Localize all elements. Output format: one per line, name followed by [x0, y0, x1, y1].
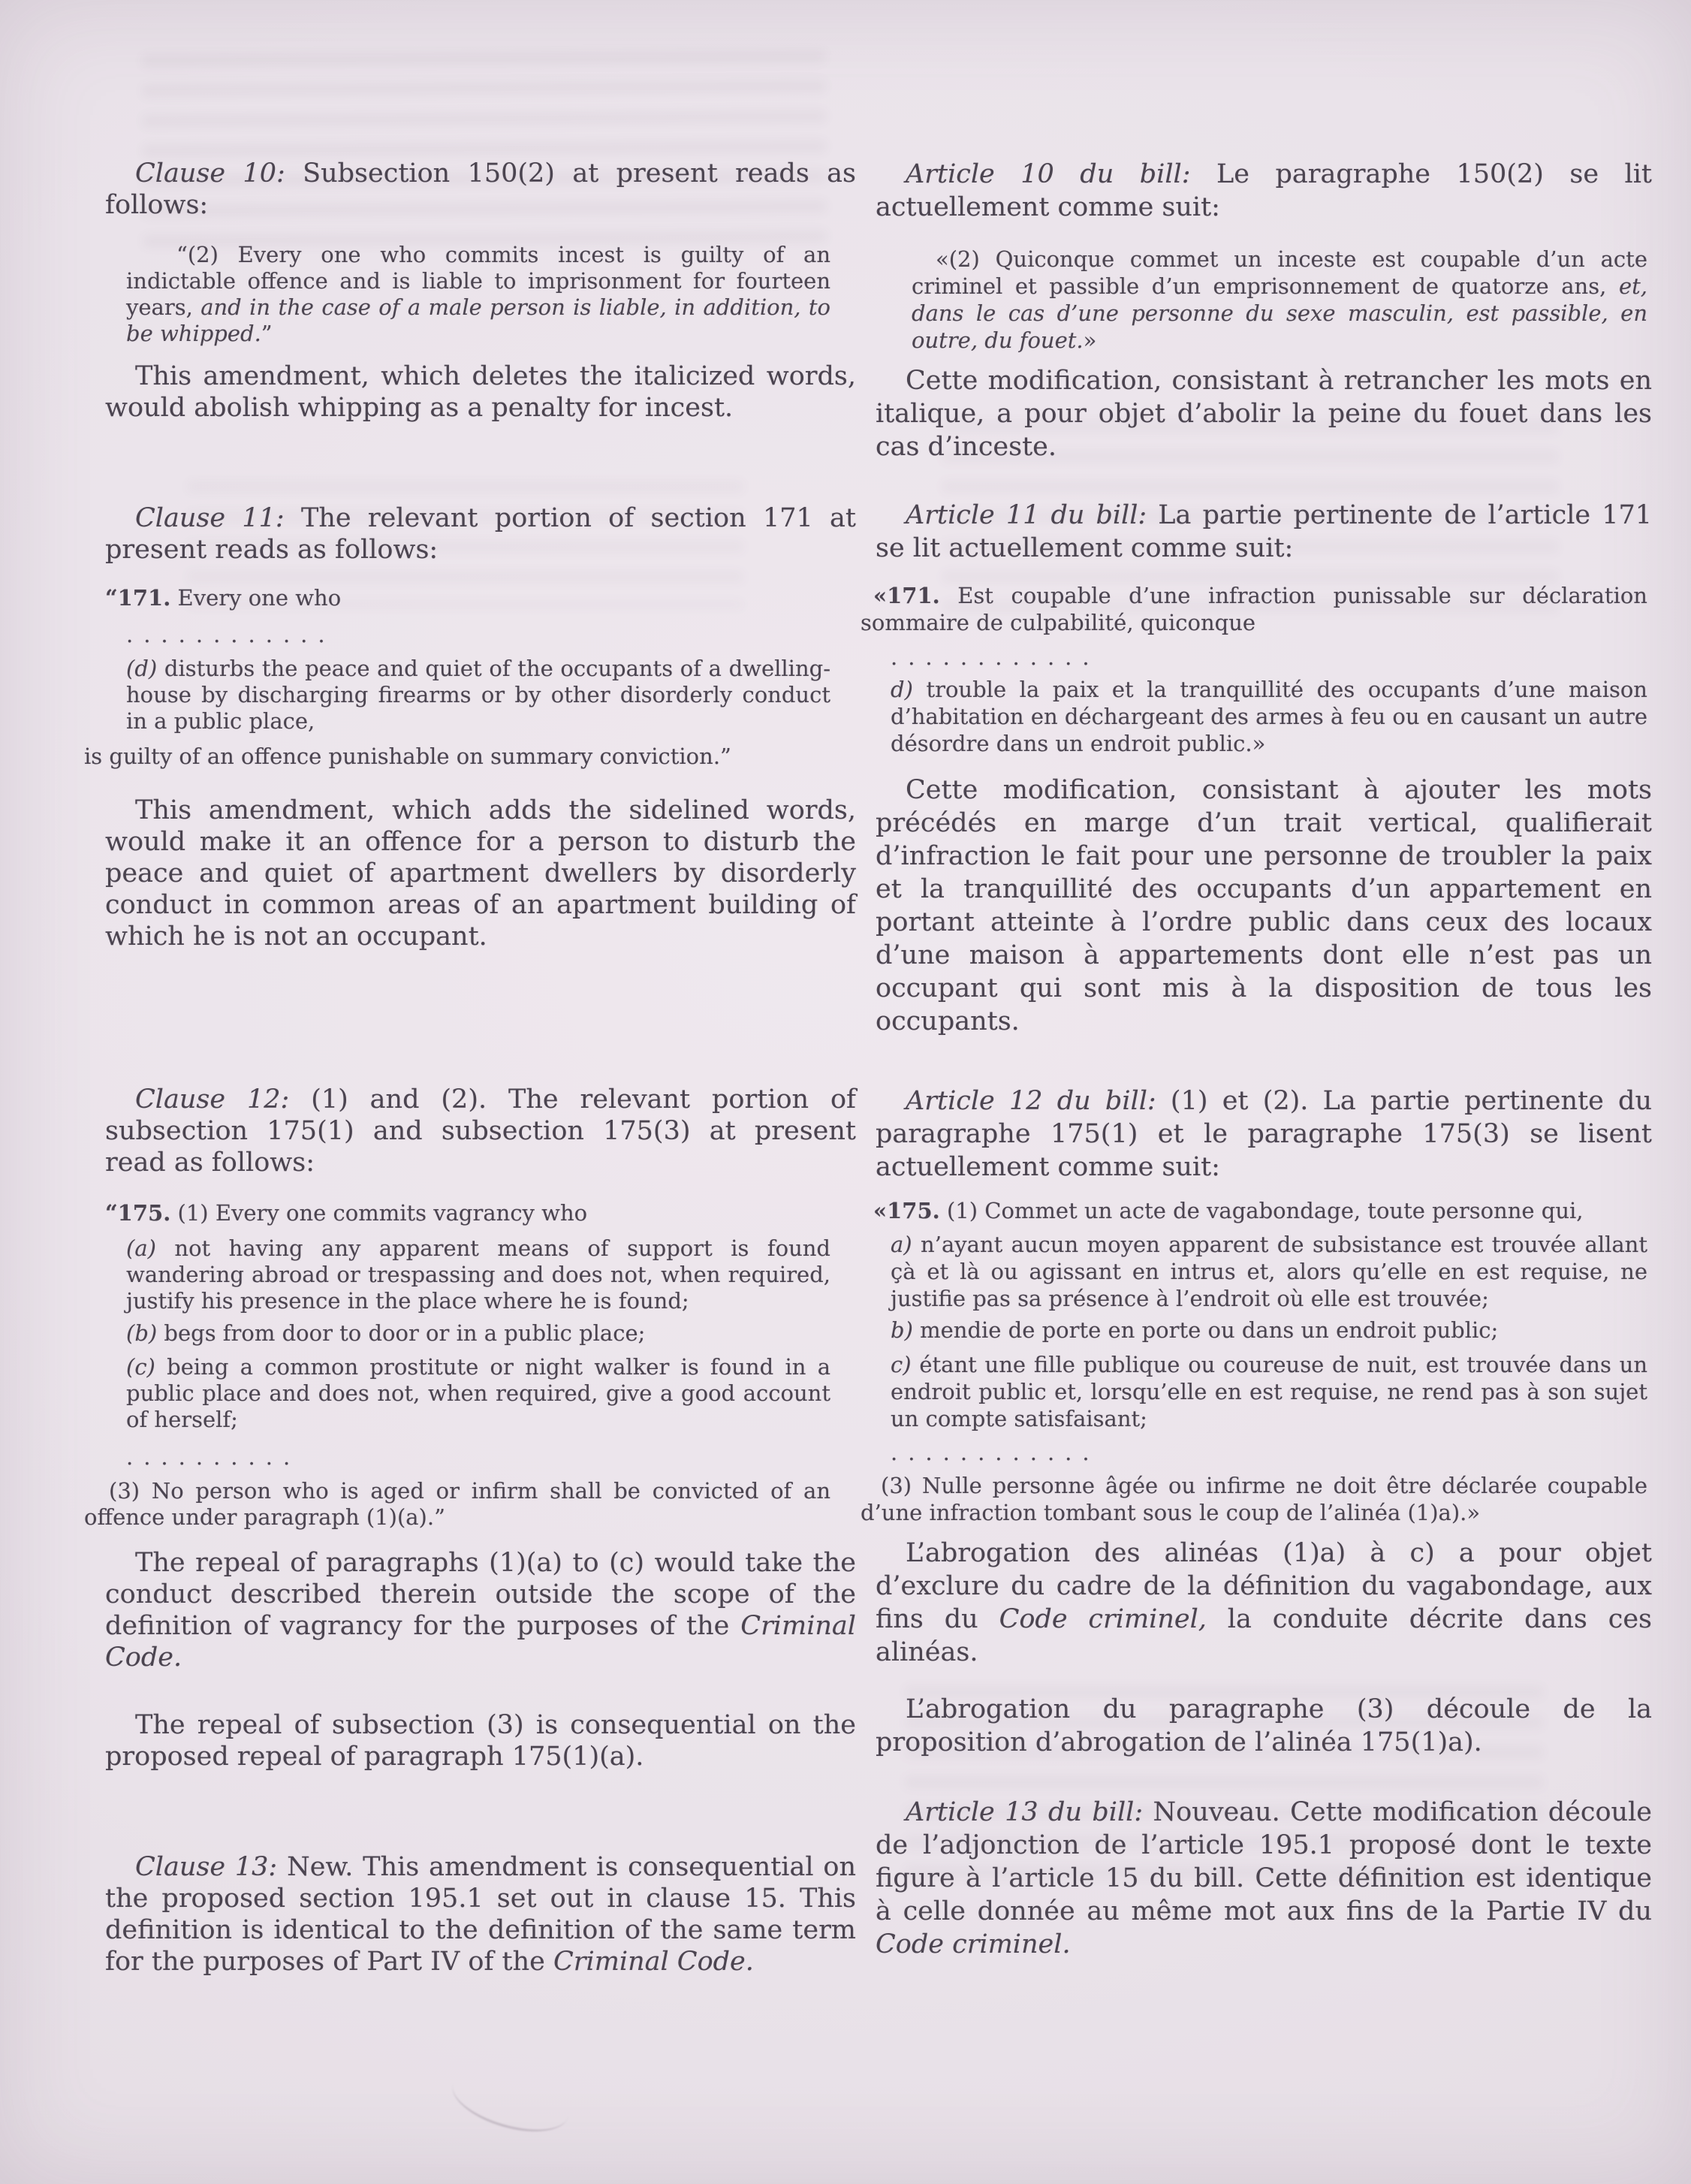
ellipsis-dots: ............ [891, 644, 1647, 671]
quote-lead-text: (1) Every one commits vagrancy who [170, 1200, 587, 1226]
article-11-quote-lead: «171. Est coupable d’une infraction puni… [861, 582, 1647, 636]
article-12-subsection-3: (3) Nulle personne âgée ou infirme ne do… [861, 1472, 1647, 1526]
item-text: not having any apparent means of support… [126, 1235, 830, 1314]
clause-11-item-d: (d) disturbs the peace and quiet of the … [126, 656, 830, 735]
article-12-item-a: a) n’ayant aucun moyen apparent de subsi… [891, 1231, 1647, 1312]
item-text: mendie de porte en porte ou dans un endr… [913, 1317, 1498, 1343]
pencil-scratch-artifact [445, 2057, 576, 2143]
clause-11-label: Clause 11: [135, 503, 285, 533]
clause-10-label: Clause 10: [135, 158, 285, 189]
item-letter: c) [891, 1352, 912, 1377]
article-13-paragraph: Article 13 du bill: Nouveau. Cette modif… [876, 1796, 1652, 1961]
clause-12-subsection-3: (3) No person who is aged or infirm shal… [84, 1478, 830, 1531]
clause-10-comment: This amendment, which deletes the italic… [105, 360, 856, 424]
item-letter: (b) [126, 1320, 157, 1346]
clause-12-item-b: (b) begs from door to door or in a publi… [126, 1320, 830, 1347]
ellipsis-dots: ............ [126, 622, 830, 648]
clause-12-label: Clause 12: [135, 1084, 289, 1115]
quote-italic-text: and in the case of a male person is liab… [126, 294, 830, 346]
clause-12-comment-1: The repeal of paragraphs (1)(a) to (c) w… [105, 1547, 856, 1673]
article-10-quote: «(2) Quiconque commet un inceste est cou… [912, 246, 1647, 354]
quote-lead-text: (1) Commet un acte de vagabondage, toute… [940, 1198, 1584, 1223]
clause-10-quote: “(2) Every one who commits incest is gui… [126, 242, 830, 347]
clause-11-quote-lead: “171. Every one who [84, 585, 830, 611]
article-12-quote-lead: «175. (1) Commet un acte de vagabondage,… [861, 1197, 1647, 1224]
scanned-document-page: Clause 10: Subsection 150(2) at present … [0, 0, 1691, 2184]
article-12-label: Article 12 du bill: [906, 1086, 1156, 1116]
clause-11-heading-paragraph: Clause 11: The relevant portion of secti… [105, 502, 856, 566]
clause-11-comment: This amendment, which adds the sidelined… [105, 795, 856, 952]
clause-12-item-c: (c) being a common prostitute or night w… [126, 1354, 830, 1433]
quote-close-mark: ” [261, 321, 273, 346]
ellipsis-dots: ............ [891, 1439, 1647, 1466]
section-number: “175. [105, 1200, 170, 1226]
item-text: disturbs the peace and quiet of the occu… [126, 656, 830, 734]
item-letter: (c) [126, 1354, 155, 1380]
article-12-comment-1: L’abrogation des alinéas (1)a) à c) a po… [876, 1537, 1652, 1669]
article-10-label: Article 10 du bill: [906, 159, 1191, 189]
item-text: étant une fille publique ou coureuse de … [891, 1352, 1647, 1431]
item-letter: a) [891, 1232, 912, 1257]
criminal-code-italic: Criminal Code. [553, 1947, 754, 1977]
article-10-comment: Cette modification, consistant à retranc… [876, 364, 1652, 463]
section-number: «175. [873, 1198, 940, 1223]
item-letter: d) [891, 677, 913, 702]
english-column: Clause 10: Subsection 150(2) at present … [105, 0, 856, 1977]
section-number: «171. [873, 583, 940, 608]
clause-13-paragraph: Clause 13: New. This amendment is conseq… [105, 1851, 856, 1977]
code-criminel-italic: Code criminel. [876, 1929, 1071, 1959]
french-column: Article 10 du bill: Le paragraphe 150(2)… [876, 0, 1652, 1961]
article-11-comment: Cette modification, consistant à ajouter… [876, 774, 1652, 1038]
clause-11-quote-close: is guilty of an offence punishable on su… [84, 744, 830, 770]
quote-lead-text: Est coupable d’une infraction punissable… [861, 583, 1647, 635]
article-11-label: Article 11 du bill: [906, 500, 1147, 530]
clause-13-label: Clause 13: [135, 1852, 277, 1882]
item-letter: b) [891, 1317, 913, 1343]
clause-12-item-a: (a) not having any apparent means of sup… [126, 1235, 830, 1314]
clause-12-comment-2: The repeal of subsection (3) is conseque… [105, 1709, 856, 1772]
item-letter: (d) [126, 656, 157, 681]
article-13-label: Article 13 du bill: [906, 1797, 1143, 1827]
article-12-item-b: b) mendie de porte en porte ou dans un e… [891, 1317, 1647, 1344]
section-number: “171. [105, 585, 170, 611]
item-text: n’ayant aucun moyen apparent de subsista… [891, 1232, 1647, 1311]
quote-lead-text: Every one who [170, 585, 341, 611]
item-letter: (a) [126, 1235, 156, 1261]
article-12-comment-2: L’abrogation du paragraphe (3) découle d… [876, 1693, 1652, 1759]
article-11-item-d: d) trouble la paix et la tranquillité de… [891, 676, 1647, 757]
article-12-heading-paragraph: Article 12 du bill: (1) et (2). La parti… [876, 1084, 1652, 1184]
code-criminel-italic: Code criminel, [999, 1604, 1207, 1634]
quote-roman-text: «(2) Quiconque commet un inceste est cou… [912, 246, 1647, 299]
article-11-heading-paragraph: Article 11 du bill: La partie pertinente… [876, 499, 1652, 565]
article-10-heading-paragraph: Article 10 du bill: Le paragraphe 150(2)… [876, 158, 1652, 224]
quote-close-mark: » [1084, 327, 1097, 353]
item-text: trouble la paix et la tranquillité des o… [891, 677, 1647, 756]
clause-10-heading-paragraph: Clause 10: Subsection 150(2) at present … [105, 158, 856, 221]
item-text: being a common prostitute or night walke… [126, 1354, 830, 1432]
clause-12-heading-paragraph: Clause 12: (1) and (2). The relevant por… [105, 1084, 856, 1178]
article-12-item-c: c) étant une fille publique ou coureuse … [891, 1351, 1647, 1432]
clause-12-quote-lead: “175. (1) Every one commits vagrancy who [84, 1200, 830, 1226]
item-text: begs from door to door or in a public pl… [157, 1320, 645, 1346]
ellipsis-dots: .......... [126, 1444, 830, 1471]
